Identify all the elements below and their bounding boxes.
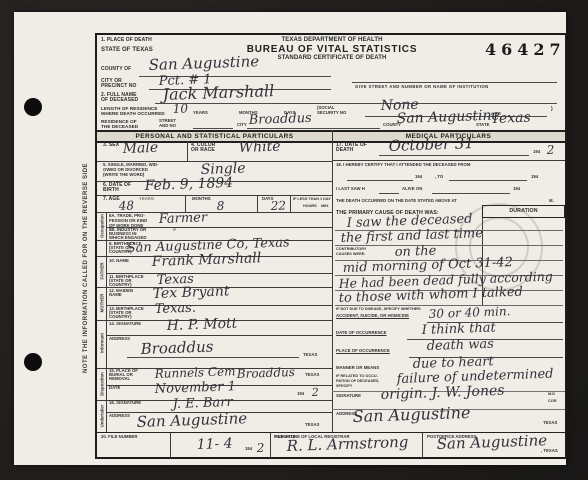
county-label: COUNTY OF	[101, 67, 131, 73]
md-signature-label: SIGNATURE	[336, 394, 361, 399]
sex-value: Male	[122, 140, 158, 157]
md-label: M.D	[548, 392, 555, 396]
age-days-value: 22	[271, 198, 287, 213]
cor-label: COR	[548, 399, 556, 403]
fullname-label-2: OF DECEASED	[101, 98, 138, 104]
registrar-value: R. L. Armstrong	[286, 433, 408, 455]
city-label-2: PRECINCT NO	[101, 84, 137, 90]
mother-bp-value: Texas.	[154, 301, 196, 317]
column-divider	[332, 130, 333, 432]
dod-value: October 31	[388, 134, 474, 155]
certify-blank-2	[449, 180, 527, 181]
dob-label-2: BIRTH	[103, 188, 119, 194]
aliveon-label: ALIVE ON	[402, 187, 422, 192]
father-name-label: 10. NAME	[109, 259, 129, 264]
contributory-label-1: CONTRIBUTORY	[336, 247, 366, 251]
res-city-label: CITY	[237, 123, 247, 128]
rule	[106, 335, 332, 336]
dod-line	[379, 155, 529, 156]
footer-divider-2	[270, 432, 271, 457]
dod-label-2: DEATH	[336, 148, 353, 154]
years-label: YEARS	[193, 111, 208, 116]
age-months-label: MONTHS	[192, 197, 211, 202]
age-less-label: IF LESS THAN 1 DAY	[293, 197, 331, 201]
related-label-2: PATION OF DECEASED,	[336, 379, 379, 383]
rule	[332, 160, 565, 161]
lastsaw-194: 194	[513, 187, 520, 192]
md-address-hw: San Augustine	[352, 403, 470, 426]
dateocc-label: DATE OF OCCURRENCE	[336, 331, 387, 336]
informant-addr-value: Broaddus	[140, 337, 213, 358]
father-side-label: FATHER	[100, 263, 105, 280]
mother-side-label: MOTHER	[100, 294, 105, 313]
undertaker-side-label: Undertaker	[100, 405, 105, 428]
undertaker-addr-value: San Augustine	[136, 409, 247, 431]
age-divider3	[290, 195, 291, 212]
occurred-m: M.	[549, 199, 554, 204]
street-label-2: AND NO	[159, 124, 176, 129]
certificate-number: 46427	[485, 40, 566, 59]
burial-date-label: DATE	[109, 386, 120, 391]
certify-194a: 194	[415, 175, 422, 180]
punch-hole-bottom	[24, 353, 42, 371]
age-years-label: YEARS	[139, 197, 154, 202]
certify-194b: 194	[531, 175, 538, 180]
margin-note: NOTE THE INFORMATION CALLED FOR ON THE R…	[83, 98, 89, 438]
burial-194: 194	[297, 392, 304, 397]
age-divider2	[257, 195, 258, 212]
age-years-value: 48	[119, 198, 135, 213]
informant-addr-line	[127, 357, 299, 358]
mother-name-label-2: NAME	[109, 293, 122, 298]
certify-blank-1	[347, 180, 413, 181]
undertaker-addr-label: ADDRESS	[109, 414, 130, 419]
manner-label: MANNER OR MEANS	[336, 366, 379, 371]
res-state-label: STATE	[476, 123, 489, 128]
related-label-1: IF RELATED TO OCCU-	[336, 374, 378, 378]
lastsaw-label: I LAST SAW H	[336, 187, 365, 192]
dept-line1: TEXAS DEPARTMENT OF HEALTH	[212, 37, 452, 44]
industry-value: ″	[173, 228, 177, 239]
po-address-value: San Augustine	[436, 431, 547, 453]
min-label: MIN.	[321, 204, 329, 208]
file-date-value: 11- 4	[196, 436, 232, 453]
sex-label: 3. SEX	[103, 143, 119, 149]
county-value: San Augustine	[148, 52, 259, 74]
state-of-texas-label: STATE OF TEXAS	[101, 47, 153, 54]
institution-line	[352, 82, 557, 83]
burial-label-3: REMOVAL	[109, 377, 130, 382]
dob-value: Feb. 9, 1894	[144, 175, 233, 194]
scanned-death-certificate: NOTE THE INFORMATION CALLED FOR ON THE R…	[0, 0, 588, 480]
race-value: White	[238, 139, 280, 156]
occupation-side-label: Occupation	[100, 214, 105, 238]
street-line	[193, 128, 233, 129]
file-date-194: 194	[245, 447, 252, 452]
marital-label-3: (WRITE THE WORD)	[103, 173, 144, 178]
accident-hw: 30 or 40 min.	[429, 304, 511, 321]
file-date-year: 2	[257, 441, 265, 455]
ssn-paren: )	[551, 107, 553, 113]
dod-194: 194	[533, 150, 540, 155]
ssn-label-2: SECURITY NO	[317, 111, 346, 116]
disposition-side-label: Disposition	[100, 372, 105, 395]
informant-sig-value: H. P. Mott	[166, 316, 237, 334]
punch-hole-top	[24, 98, 42, 116]
place-of-death-label: 1. PLACE OF DEATH	[101, 38, 152, 44]
dateocc-hw: I think that	[421, 320, 495, 338]
informant-addr-texas: TEXAS	[303, 353, 317, 358]
certificate-paper: NOTE THE INFORMATION CALLED FOR ON THE R…	[14, 12, 566, 465]
placeocc-hw: death was	[426, 337, 494, 354]
trade-value: Farmer	[158, 210, 207, 227]
undertaker-texas: TEXAS	[305, 423, 319, 428]
res-city-value: Broaddus	[248, 111, 312, 128]
informant-sig-label: 14. SIGNATURE	[109, 322, 141, 327]
side-strip-divider	[106, 212, 107, 432]
undertaker-sig-label: 16. SIGNATURE	[109, 401, 141, 406]
age-divider	[185, 195, 186, 212]
residence-years-value: 10	[173, 101, 189, 116]
contributory-label-2: CAUSES WERE:	[336, 252, 366, 256]
age-label: 7. AGE	[103, 197, 120, 203]
mother-bp-label-3: COUNTRY)	[109, 315, 132, 320]
rule	[97, 195, 332, 196]
residence-length-label-2: WHERE DEATH OCCURRED	[101, 111, 165, 116]
cause-rule-2	[335, 245, 563, 246]
institution-note: GIVE STREET AND NUMBER OR NAME OF INSTIT…	[355, 85, 489, 90]
res-city-line	[247, 128, 380, 129]
md-signature-hw: origin. J. W. Jones	[380, 383, 504, 403]
father-name-value: Frank Marshall	[151, 250, 261, 270]
md-address-texas: TEXAS	[543, 421, 557, 426]
footer-divider-3	[422, 432, 423, 457]
informant-side-label: Informant	[100, 333, 105, 353]
placeocc-label: PLACE OF OCCURRENCE	[336, 349, 390, 354]
burial-year-value: 2	[312, 386, 319, 399]
burial-place-value: Runnels Cem	[155, 364, 236, 381]
related-label-3: SPECIFY	[336, 384, 352, 388]
certify-to: , TO	[435, 175, 443, 180]
accident-label: ACCIDENT, SUICIDE, OR HOMICIDE	[336, 314, 409, 319]
footer-divider-1	[170, 432, 171, 457]
dod-year-value: 2	[547, 143, 555, 157]
file-number-label: 20. FILE NUMBER	[101, 435, 138, 440]
sex-race-divider	[187, 141, 188, 161]
lastsaw-blank-2	[432, 193, 510, 194]
burial-city-value: Broaddus	[237, 365, 296, 381]
informant-addr-label: ADDRESS	[109, 337, 130, 342]
age-months-value: 8	[217, 199, 225, 213]
hours-label: HOURS	[303, 204, 317, 208]
fullname-line	[155, 103, 557, 104]
certificate-form: 1. PLACE OF DEATH STATE OF TEXAS TEXAS D…	[95, 33, 567, 459]
notdisease-label: IF NOT DUE TO DISEASE, SPECIFY WHETHER:	[336, 307, 421, 311]
certify-line-1: 18. I HEREBY CERTIFY THAT I ATTENDED THE…	[336, 163, 470, 168]
burial-texas: TEXAS	[305, 373, 319, 378]
occurred-label: THE DEATH OCCURRED ON THE DATE STATED AB…	[336, 199, 457, 204]
race-label-2: OR RACE	[191, 148, 215, 154]
mother-name-value: Tex Bryant	[152, 283, 229, 302]
residence-label-2: THE DECEASED	[101, 124, 138, 129]
lastsaw-blank-1	[379, 193, 399, 194]
res-state-value: Texas	[490, 110, 531, 127]
deceased-name: Jack Marshall	[162, 81, 274, 104]
po-address-texas: , TEXAS	[541, 449, 558, 454]
